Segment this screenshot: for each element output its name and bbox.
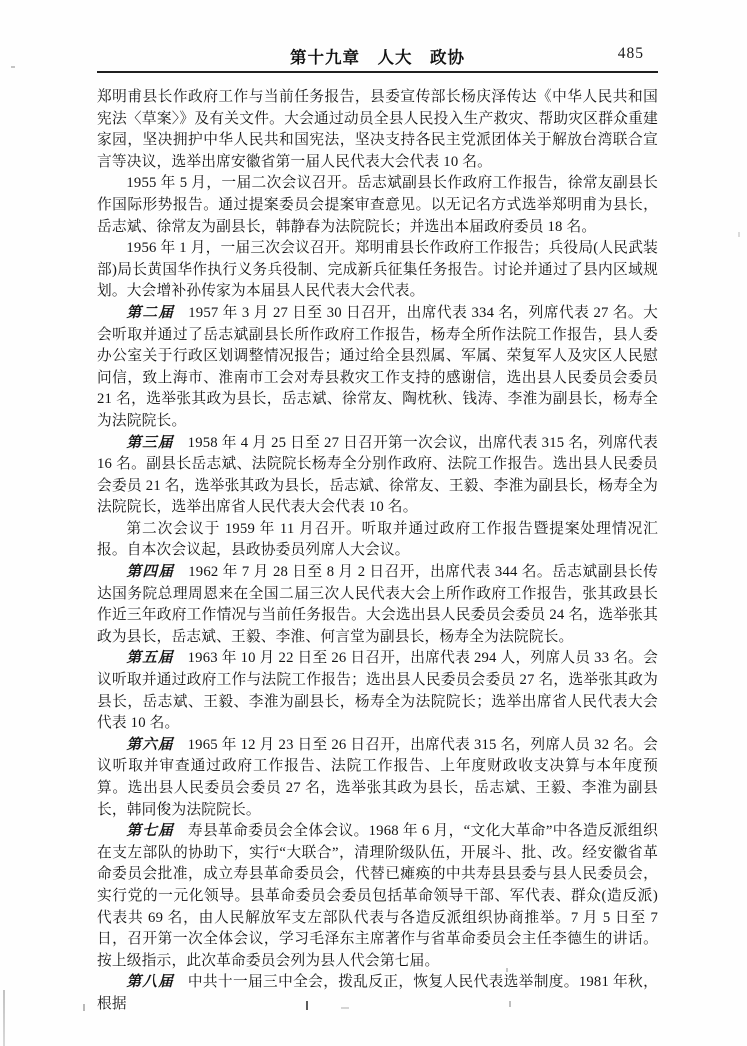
paragraph-text: 1965 年 12 月 23 日至 26 日召开，出席代表 315 名，列席人员… — [97, 737, 658, 818]
paragraph-text: 寿县革命委员会全体会议。1968 年 6 月，“文化大革命”中各造反派组织在支左… — [97, 823, 658, 969]
scan-artifact — [3, 990, 5, 1046]
paragraph: 1955 年 5 月，一届二次会议召开。岳志斌副县长作政府工作报告，徐常友副县长… — [97, 173, 658, 238]
session-number-lead: 第七届 — [126, 823, 174, 839]
session-number-lead: 第八届 — [126, 974, 174, 990]
document-page: 第十九章 人大 政协 485 郑明甫县长作政府工作与当前任务报告，县委宣传部长杨… — [0, 0, 747, 1046]
paragraph-text: 1957 年 3 月 27 日至 30 日召开，出席代表 334 名，列席代表 … — [97, 305, 658, 429]
paragraph: 郑明甫县长作政府工作与当前任务报告，县委宣传部长杨庆泽传达《中华人民共和国宪法〈… — [97, 87, 658, 173]
session-number-lead: 第六届 — [126, 737, 173, 753]
scan-artifact — [11, 66, 15, 68]
scan-artifact — [83, 1004, 85, 1011]
body-text: 郑明甫县长作政府工作与当前任务报告，县委宣传部长杨庆泽传达《中华人民共和国宪法〈… — [97, 87, 658, 1016]
paragraph: 1956 年 1 月，一届三次会议召开。郑明甫县长作政府工作报告；兵役局(人民武… — [97, 238, 658, 303]
session-number-lead: 第五届 — [126, 650, 173, 666]
paragraph: 第三届1958 年 4 月 25 日至 27 日召开第一次会议，出席代表 315… — [97, 433, 658, 519]
session-number-lead: 第四届 — [126, 564, 174, 580]
paragraph-text: 1963 年 10 月 22 日至 26 日召开，出席代表 294 人，列席人员… — [97, 650, 658, 731]
paragraph: 第二次会议于 1959 年 11 月召开。听取并通过政府工作报告暨提案处理情况汇… — [97, 519, 658, 562]
paragraph: 第八届中共十一届三中全会，拨乱反正，恢复人民代表选举制度。1981 年秋，根据 — [97, 972, 658, 1015]
scan-artifact — [738, 232, 740, 237]
paragraph: 第四届1962 年 7 月 28 日至 8 月 2 日召开，出席代表 344 名… — [97, 562, 658, 648]
paragraph: 第六届1965 年 12 月 23 日至 26 日召开，出席代表 315 名，列… — [97, 735, 658, 821]
paragraph-text: 郑明甫县长作政府工作与当前任务报告，县委宣传部长杨庆泽传达《中华人民共和国宪法〈… — [97, 89, 658, 170]
paragraph-text: 1955 年 5 月，一届二次会议召开。岳志斌副县长作政府工作报告，徐常友副县长… — [97, 175, 658, 234]
paragraph: 第五届1963 年 10 月 22 日至 26 日召开，出席代表 294 人，列… — [97, 648, 658, 734]
session-number-lead: 第二届 — [126, 305, 174, 321]
scan-artifact — [306, 1001, 308, 1010]
paragraph: 第七届寿县革命委员会全体会议。1968 年 6 月，“文化大革命”中各造反派组织… — [97, 821, 658, 972]
paragraph-text: 第二次会议于 1959 年 11 月召开。听取并通过政府工作报告暨提案处理情况汇… — [97, 521, 658, 559]
paragraph: 第二届1957 年 3 月 27 日至 30 日召开，出席代表 334 名，列席… — [97, 303, 658, 433]
page-content: 第十九章 人大 政协 485 郑明甫县长作政府工作与当前任务报告，县委宣传部长杨… — [97, 44, 658, 1016]
paragraph-text: 1958 年 4 月 25 日至 27 日召开第一次会议，出席代表 315 名，… — [97, 435, 658, 516]
paragraph-text: 1962 年 7 月 28 日至 8 月 2 日召开，出席代表 344 名。岳志… — [97, 564, 658, 645]
scan-artifact — [506, 968, 508, 972]
running-header: 第十九章 人大 政协 485 — [97, 44, 658, 64]
header-rule — [97, 71, 658, 73]
session-number-lead: 第三届 — [126, 435, 173, 451]
scan-artifact — [509, 1001, 511, 1007]
paragraph-text: 中共十一届三中全会，拨乱反正，恢复人民代表选举制度。1981 年秋，根据 — [97, 974, 658, 1012]
paragraph-text: 1956 年 1 月，一届三次会议召开。郑明甫县长作政府工作报告；兵役局(人民武… — [97, 240, 658, 299]
chapter-title: 第十九章 人大 政协 — [290, 48, 465, 67]
page-number: 485 — [618, 45, 644, 63]
scan-artifact — [341, 1007, 349, 1009]
